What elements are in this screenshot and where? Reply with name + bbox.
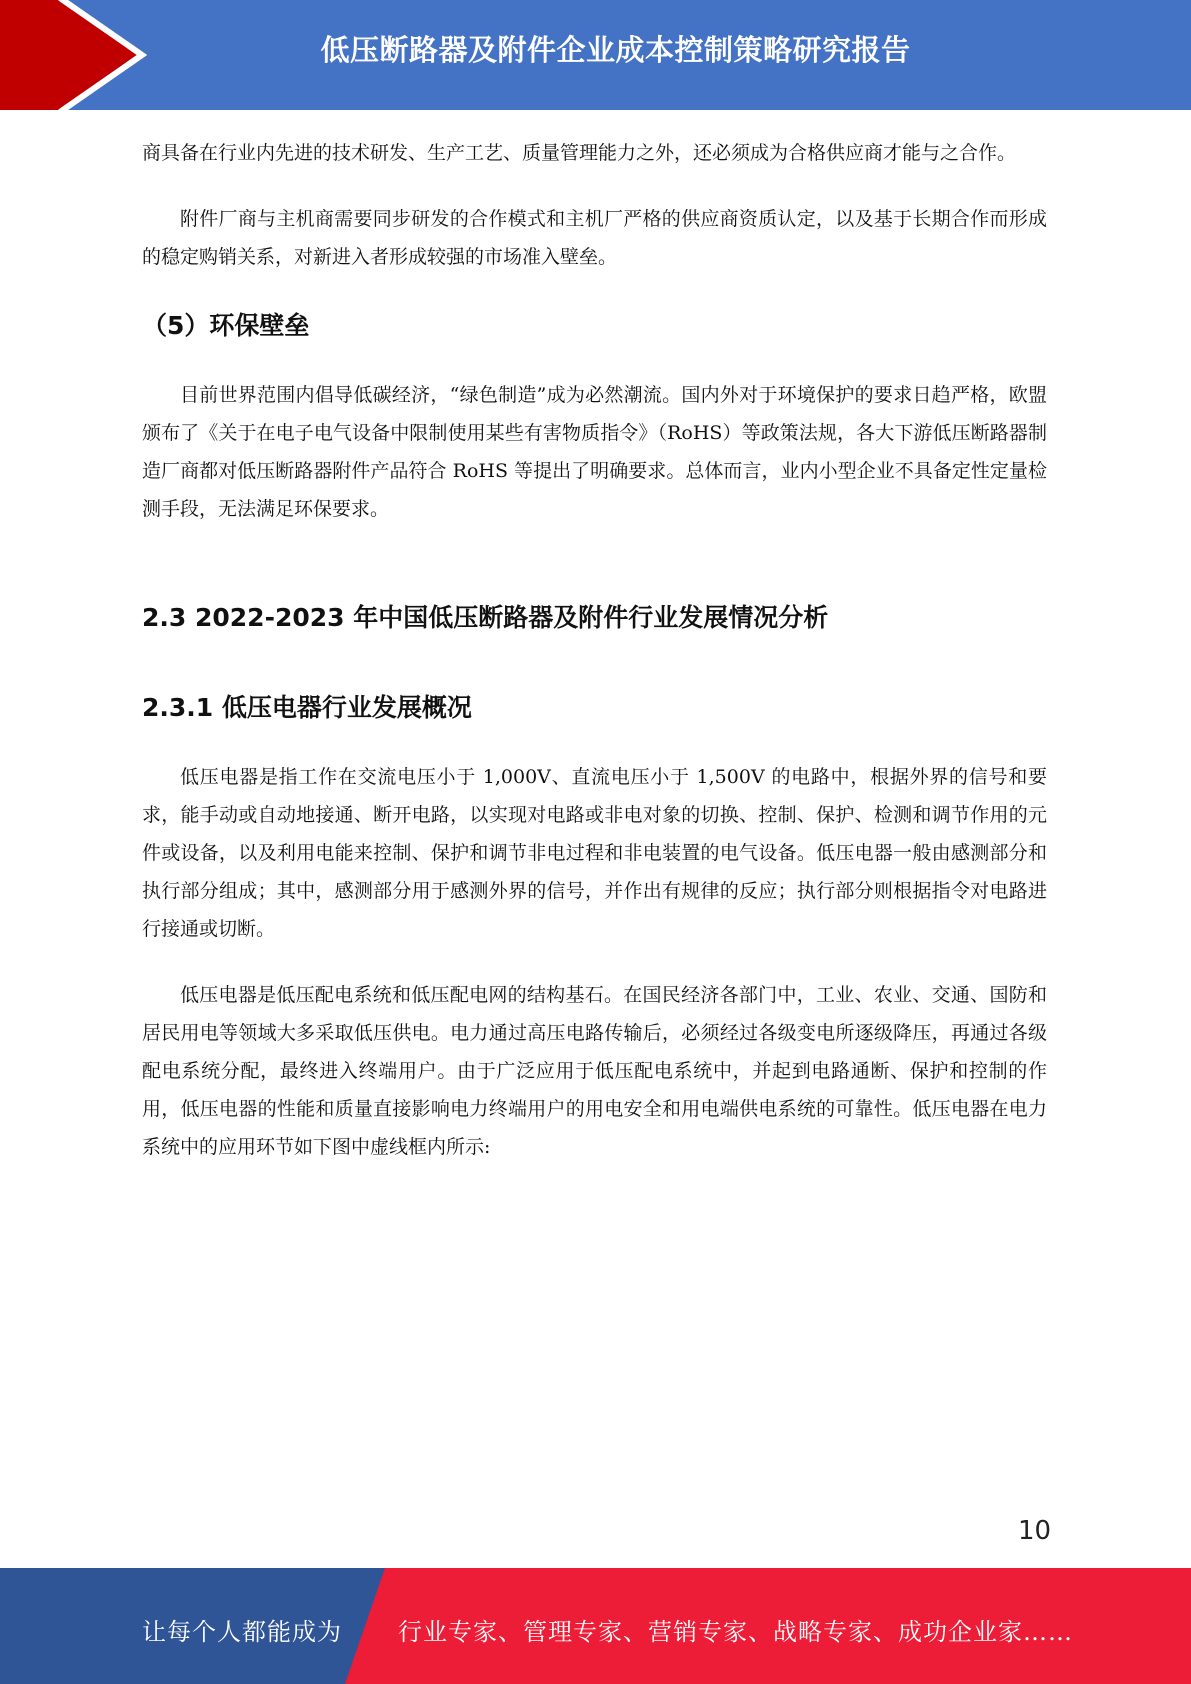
page-header: 低压断路器及附件企业成本控制策略研究报告 (0, 0, 1191, 110)
page-number: 10 (1018, 1516, 1051, 1546)
paragraph: 低压电器是指工作在交流电压小于 1,000V、直流电压小于 1,500V 的电路… (142, 758, 1047, 948)
paragraph: 商具备在行业内先进的技术研发、生产工艺、质量管理能力之外，还必须成为合格供应商才… (142, 134, 1047, 172)
paragraph: 低压电器是低压配电系统和低压配电网的结构基石。在国民经济各部门中，工业、农业、交… (142, 976, 1047, 1166)
paragraph: 目前世界范围内倡导低碳经济，“绿色制造”成为必然潮流。国内外对于环境保护的要求日… (142, 376, 1047, 528)
section-heading-2-3: 2.3 2022-2023 年中国低压断路器及附件行业发展情况分析 (142, 598, 1047, 638)
subheading-environmental-barrier: （5）环保壁垒 (142, 306, 1047, 346)
paragraph: 附件厂商与主机商需要同步研发的合作模式和主机厂严格的供应商资质认定，以及基于长期… (142, 200, 1047, 276)
section-heading-2-3-1: 2.3.1 低压电器行业发展概况 (142, 688, 1047, 728)
page-footer: 让每个人都能成为 行业专家、管理专家、营销专家、战略专家、成功企业家…… (0, 1568, 1191, 1684)
page-content: 商具备在行业内先进的技术研发、生产工艺、质量管理能力之外，还必须成为合格供应商才… (142, 134, 1047, 1166)
document-title: 低压断路器及附件企业成本控制策略研究报告 (0, 28, 1191, 69)
footer-slogan-right: 行业专家、管理专家、营销专家、战略专家、成功企业家…… (398, 1612, 1073, 1647)
footer-slogan-left: 让每个人都能成为 (142, 1612, 342, 1647)
